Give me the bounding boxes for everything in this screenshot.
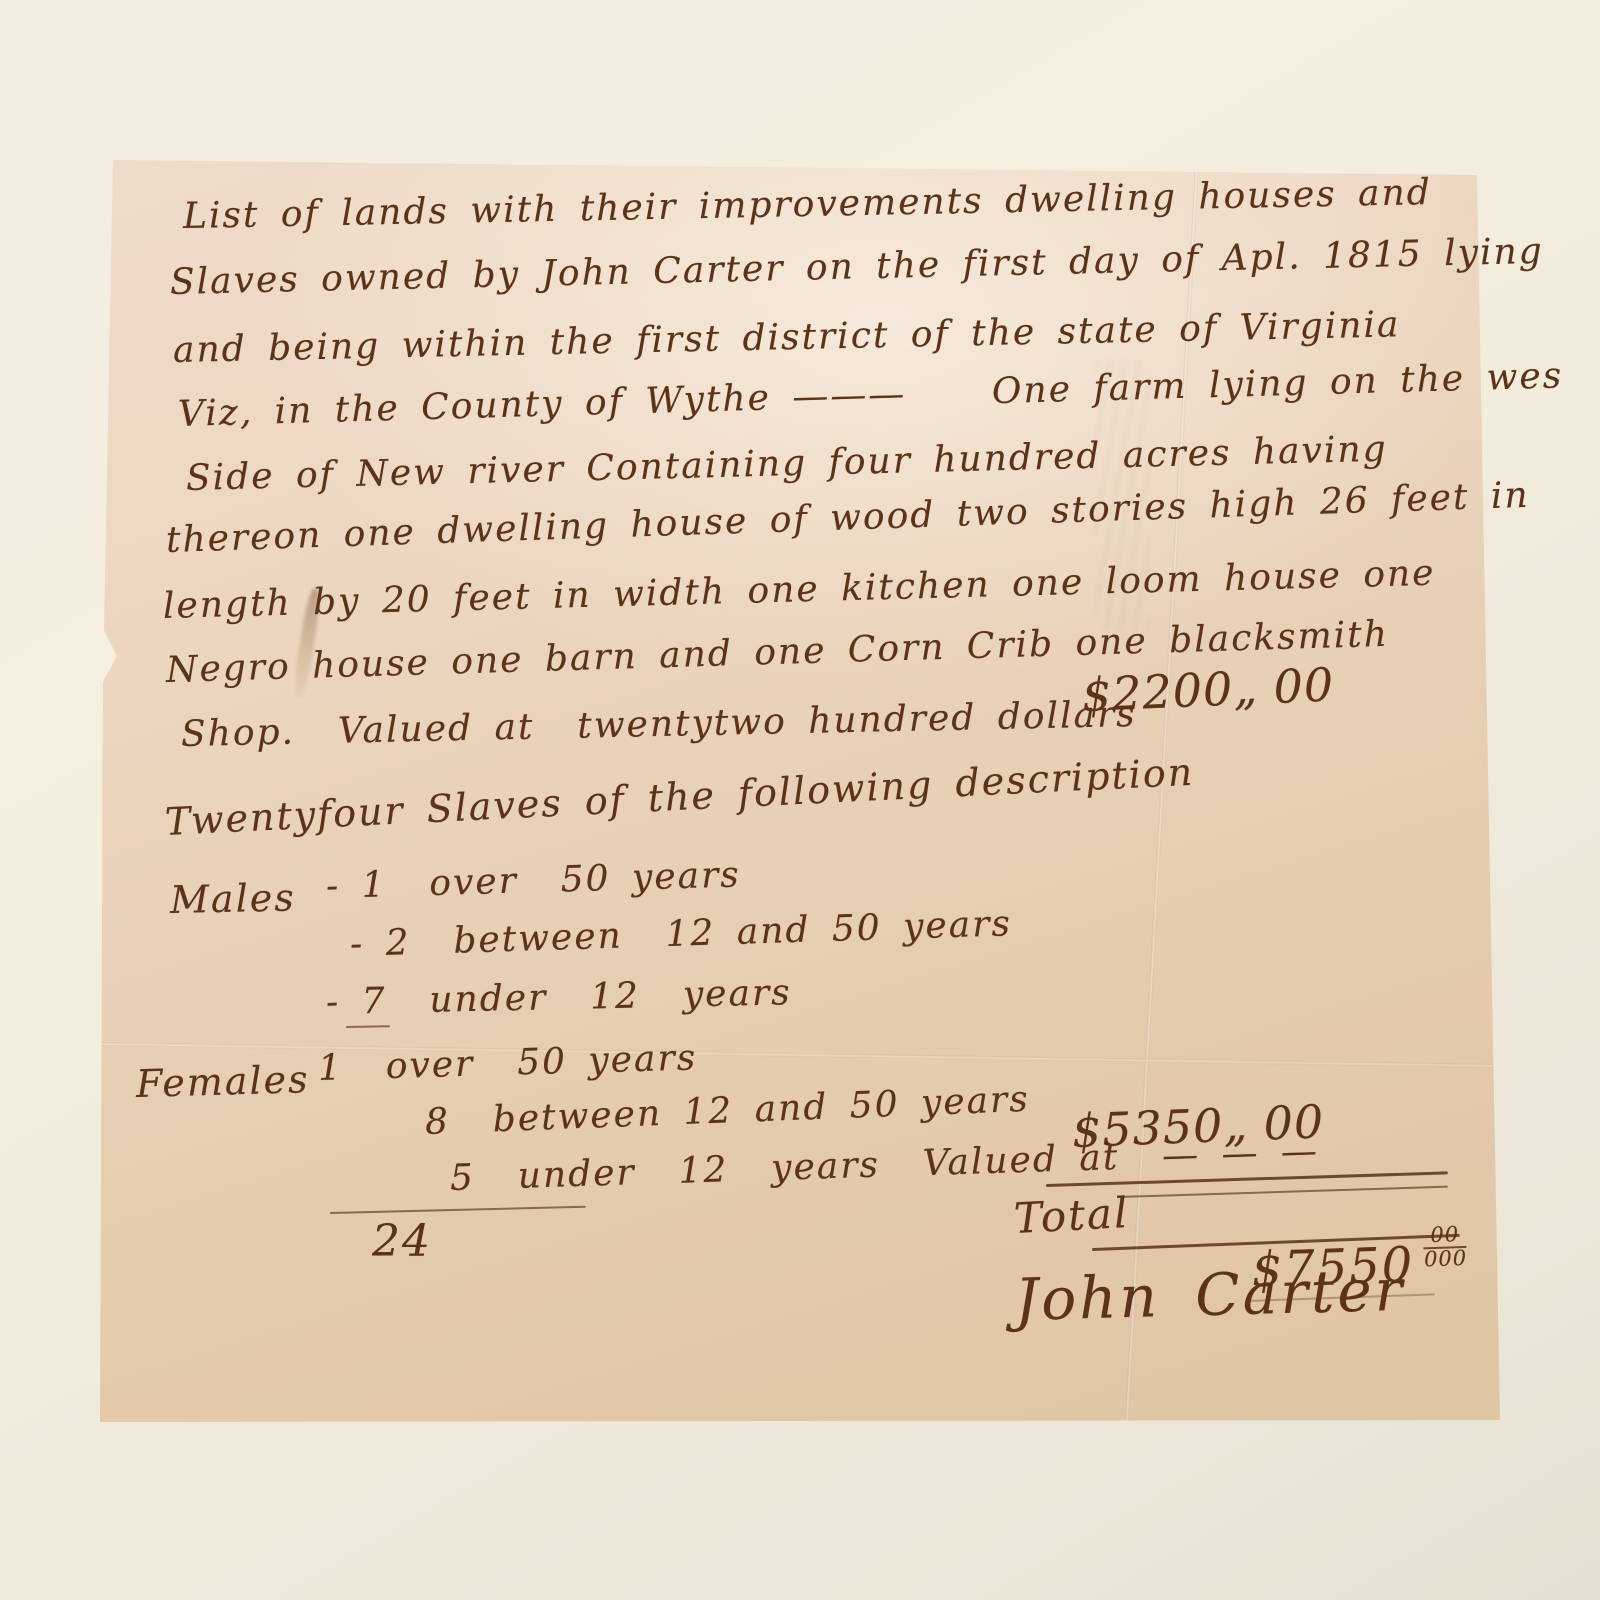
manuscript-line: List of lands with their improvements dw…	[183, 172, 1433, 237]
total-fraction-denominator: 000	[1424, 1248, 1468, 1270]
underline-males-seven	[346, 1025, 390, 1028]
total-cents-fraction: 00000	[1423, 1225, 1468, 1270]
slave-count-total: 24	[372, 1216, 432, 1267]
females-item: 8 between 12 and 50 years	[424, 1079, 1030, 1143]
manuscript-line: and being within the first district of t…	[173, 304, 1401, 371]
males-item: - 7 under 12 years	[326, 972, 792, 1023]
manuscript-text-layer: List of lands with their improvements dw…	[0, 0, 1600, 1600]
farm-value: $2200„ 00	[1081, 657, 1335, 722]
manuscript-line: Slaves owned by John Carter on the first…	[170, 231, 1545, 303]
count-sum-rule	[330, 1206, 586, 1214]
signature: John Carter	[1014, 1256, 1406, 1334]
males-label: Males	[170, 875, 297, 922]
slaves-value: $5350„ 00	[1071, 1094, 1325, 1158]
manuscript-line: Viz, in the County of Wythe ——— One farm…	[177, 355, 1563, 435]
total-label: Total	[1013, 1188, 1131, 1243]
females-item: 1 over 50 years	[317, 1037, 697, 1089]
slaves-heading: Twentyfour Slaves of the following descr…	[164, 750, 1195, 844]
manuscript-line: length by 20 feet in width one kitchen o…	[162, 553, 1435, 627]
males-item: - 2 between 12 and 50 years	[349, 903, 1012, 965]
document-photo: List of lands with their improvements dw…	[0, 0, 1600, 1600]
manuscript-line: Shop. Valued at twentytwo hundred dollar…	[181, 694, 1137, 755]
females-label: Females	[135, 1057, 310, 1106]
males-item: - 1 over 50 years	[325, 854, 741, 907]
